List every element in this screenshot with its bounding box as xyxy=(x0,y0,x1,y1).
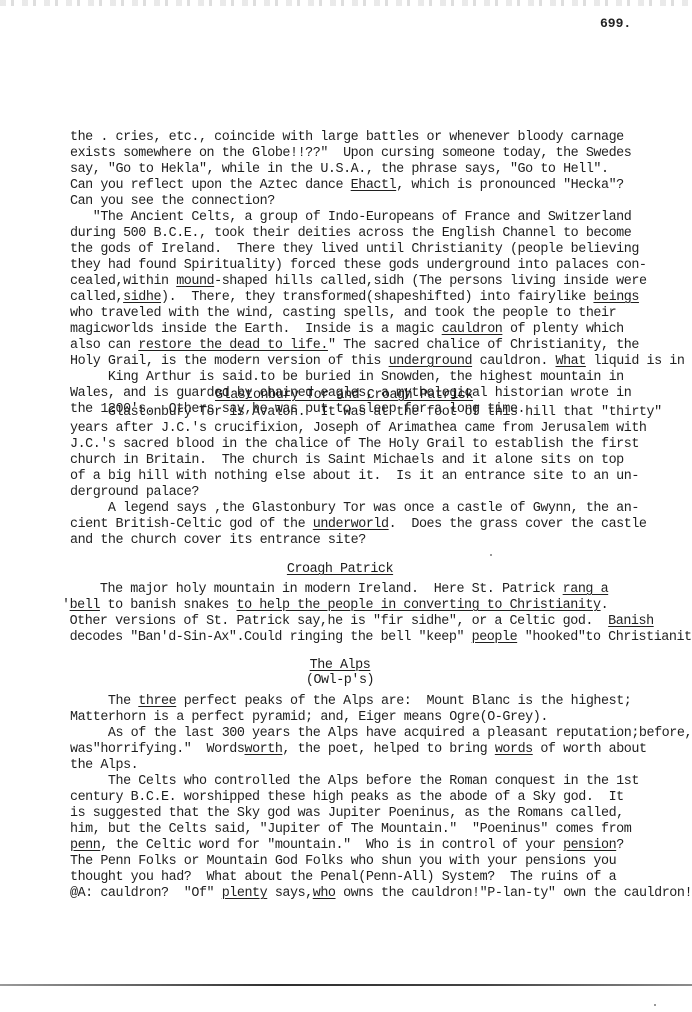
text-line: church in Britain. The church is Saint M… xyxy=(70,453,624,469)
text-line: and the church cover its entrance site? xyxy=(70,533,366,549)
text-line: Glastonbury Tor is Avalon. It was at the… xyxy=(70,405,662,421)
text-line: him, but the Celts said, "Jupiter of The… xyxy=(70,822,631,838)
text-line: called,sidhe). There, they transformed(s… xyxy=(70,290,639,306)
text-line: was"horrifying." Wordsworth, the poet, h… xyxy=(70,742,647,758)
text-line: A legend says ,the Glastonbury Tor was o… xyxy=(70,501,639,517)
text-line: cealed,within mound-shaped hills called,… xyxy=(70,274,647,290)
section-heading-alps: The Alps xyxy=(0,658,686,674)
text-line: is suggested that the Sky god was Jupite… xyxy=(70,806,624,822)
text-line: The three perfect peaks of the Alps are:… xyxy=(70,694,631,710)
text-line: Other versions of St. Patrick say,he is … xyxy=(62,614,654,630)
text-line: J.C.'s sacred blood in the chalice of Th… xyxy=(70,437,639,453)
scan-top-edge xyxy=(0,0,692,6)
text-line: The major holy mountain in modern Irelan… xyxy=(62,582,608,598)
section-heading-glastonbury: Glastonbury Tor and Croagh Patrick xyxy=(0,388,690,404)
text-line: years after J.C.'s crucifixion, Joseph o… xyxy=(70,421,647,437)
text-line: Holy Grail, is the modern version of thi… xyxy=(70,354,692,370)
scan-speck xyxy=(490,554,492,556)
page-number: 699. xyxy=(600,16,631,31)
text-line: they had found Spirituality) forced thes… xyxy=(70,258,647,274)
scan-speck xyxy=(654,1004,656,1006)
text-line: thought you had? What about the Penal(Pe… xyxy=(70,870,616,886)
text-line: the Alps. xyxy=(70,758,138,774)
text-line: decodes "Ban'd-Sin-Ax".Could ringing the… xyxy=(62,630,692,646)
text-line: The Penn Folks or Mountain God Folks who… xyxy=(70,854,616,870)
text-line: As of the last 300 years the Alps have a… xyxy=(70,726,692,742)
section-heading-croagh: Croagh Patrick xyxy=(0,562,686,578)
text-line: Matterhorn is a perfect pyramid; and, Ei… xyxy=(70,710,548,726)
text-line: exists somewhere on the Globe!!??" Upon … xyxy=(70,146,631,162)
text-line: of a big hill with nothing else about it… xyxy=(70,469,639,485)
text-line: during 500 B.C.E., took their deities ac… xyxy=(70,226,631,242)
text-line: Can you see the connection? xyxy=(70,194,275,210)
text-line: say, "Go to Hekla", while in the U.S.A.,… xyxy=(70,162,609,178)
text-line: King Arthur is said.to be buried in Snow… xyxy=(70,370,692,386)
text-line: also can restore the dead to life." The … xyxy=(70,338,639,354)
text-line: "The Ancient Celts, a group of Indo-Euro… xyxy=(70,210,631,226)
text-line: derground palace? xyxy=(70,485,199,501)
text-line: penn, the Celtic word for "mountain." Wh… xyxy=(70,838,624,854)
text-line: @A: cauldron? "Of" plenty says,who owns … xyxy=(70,886,692,902)
section-subheading-alps: (Owl-p's) xyxy=(0,673,686,689)
text-line: magicworlds inside the Earth. Inside is … xyxy=(70,322,624,338)
text-line: cient British-Celtic god of the underwor… xyxy=(70,517,647,533)
text-line: who traveled with the wind, casting spel… xyxy=(70,306,616,322)
text-line: the . cries, etc., coincide with large b… xyxy=(70,130,624,146)
text-line: century B.C.E. worshipped these high pea… xyxy=(70,790,624,806)
text-line: the gods of Ireland. There they lived un… xyxy=(70,242,639,258)
page-bottom-rule xyxy=(0,984,692,986)
text-line: The Celts who controlled the Alps before… xyxy=(70,774,639,790)
text-line: Can you reflect upon the Aztec dance Eha… xyxy=(70,178,624,194)
text-line: 'bell to banish snakes to help the peopl… xyxy=(62,598,608,614)
